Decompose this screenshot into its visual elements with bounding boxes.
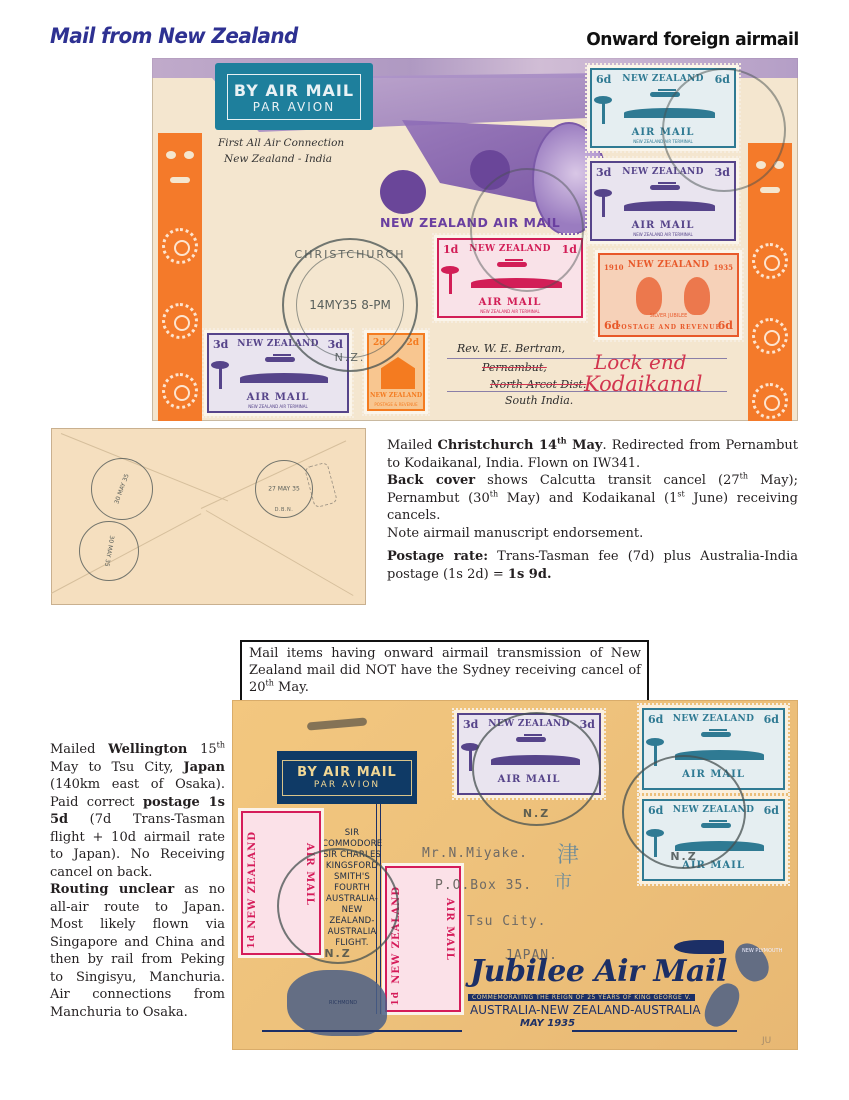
address-line3: Tsu City. — [467, 914, 546, 929]
nz-north-island-map — [731, 938, 773, 986]
postage-rate-note: Postage rate: Trans-Tasman fee (7d) plus… — [387, 548, 798, 583]
cover-christchurch-back: 30 MAY 35 30 MAY 35 27 MAY 35 D.B.N. — [51, 428, 366, 605]
address-line2: P.O.Box 35. — [435, 878, 532, 893]
stamp-6d-silver-jubilee: 6d 6d 1910 1935 NEW ZEALAND SILVER JUBIL… — [595, 250, 742, 340]
cover2-description: Mailed Wellington 15th May to Tsu City, … — [50, 741, 225, 1021]
pernambut-cancel: 30 MAY 35 — [79, 521, 139, 581]
cachet-plane-icon — [674, 940, 724, 954]
cover1-description: Mailed Christchurch 14th May. Redirected… — [387, 437, 798, 542]
jubilee-commemoration-band: COMMEMORATING THE REIGN OF 25 YEARS OF K… — [468, 994, 695, 1001]
queen-mary-portrait — [636, 277, 662, 315]
cover1-description-p3: Note airmail manuscript endorsement. — [387, 525, 798, 543]
airmail-label-line2: PAR AVION — [228, 100, 360, 114]
wellington-cancel: N.Z — [277, 848, 399, 964]
redirect-line2: Kodaikanal — [584, 372, 702, 396]
airmail-etiquette: BY AIR MAIL PAR AVION — [215, 63, 373, 130]
jubilee-airmail-title: Jubilee Air Mail — [470, 954, 727, 989]
christchurch-cancel-partial — [470, 168, 584, 292]
cover-wellington-japan: BY AIR MAIL PAR AVION SIR COMMODORESIR C… — [232, 700, 798, 1050]
airmail-label-line1: BY AIR MAIL — [228, 81, 360, 100]
airmail-etiquette: BY AIR MAIL PAR AVION — [277, 751, 417, 804]
calcutta-transit-cancel: 27 MAY 35 D.B.N. — [255, 460, 313, 518]
page-title: Mail from New Zealand — [50, 24, 298, 48]
pernambut-cancel: 30 MAY 35 — [91, 458, 153, 520]
address-line2-struck: Pernambut, — [482, 361, 547, 374]
jubilee-date-text: MAY 1935 — [520, 1018, 575, 1029]
japanese-annotation: 津 — [557, 838, 579, 869]
address-line4: South India. — [505, 394, 573, 407]
cachet-plane-wheel — [380, 170, 426, 214]
jubilee-route-text: AUSTRALIA-NEW ZEALAND-AUSTRALIA — [470, 1003, 701, 1017]
cover2-description-p2: Routing unclear as no all-air route to J… — [50, 881, 225, 1021]
address-line1: Mr.N.Miyake. — [422, 846, 528, 861]
maori-totem-right — [748, 143, 792, 421]
christchurch-cancel: CHRISTCHURCH 14MY35 8-PM N.Z. — [282, 238, 418, 372]
manuscript-endorsement-line2: New Zealand - India — [224, 153, 332, 165]
cover1-description-p1: Mailed Christchurch 14th May. Redirected… — [387, 437, 798, 472]
wellington-cancel: N.Z — [472, 712, 601, 826]
manuscript-endorsement-line1: First All Air Connection — [218, 137, 344, 149]
cover1-description-p2: Back cover shows Calcutta transit cancel… — [387, 472, 798, 525]
redirect-line1: Lock end — [594, 350, 687, 374]
totem-head — [158, 133, 202, 211]
address-line3-struck: North Arcot Dist. — [490, 378, 586, 391]
maori-totem-left — [158, 133, 202, 421]
address-line1: Rev. W. E. Bertram, — [457, 342, 565, 355]
christchurch-cancel-partial — [662, 68, 786, 192]
sydney-cancel-note-box: Mail items having onward airmail transmi… — [240, 640, 649, 703]
section-title: Onward foreign airmail — [586, 29, 799, 50]
cover-christchurch-front: BY AIR MAIL PAR AVION First All Air Conn… — [152, 58, 798, 421]
cover2-description-p1: Mailed Wellington 15th May to Tsu City, … — [50, 741, 225, 881]
japanese-annotation: 市 — [554, 868, 572, 894]
pencil-notation: JU — [762, 1036, 771, 1046]
wellington-cancel: N.Z — [622, 755, 746, 869]
king-george-portrait — [684, 277, 710, 315]
